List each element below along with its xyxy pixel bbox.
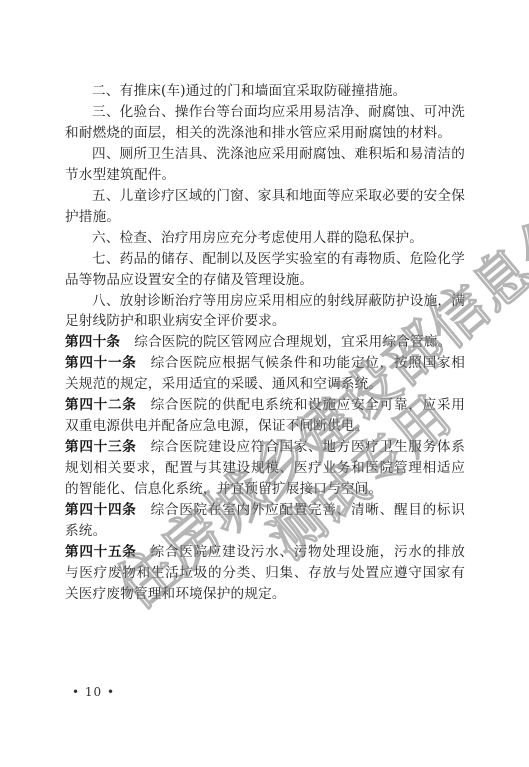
article-45: 第四十五条综合医院应建设污水、污物处理设施，污水的排放与医疗废物和生活垃圾的分类… bbox=[65, 542, 465, 605]
paragraph-text: 八、放射诊断治疗等用房应采用相应的射线屏蔽防护设施，满足射线防护和职业病安全评价… bbox=[65, 293, 465, 330]
article-41: 第四十一条综合医院应根据气候条件和功能定位，按照国家相关规范的规定，采用适宜的采… bbox=[65, 353, 465, 395]
list-item-2: 二、有推床(车)通过的门和墙面宜采取防碰撞措施。 bbox=[65, 81, 465, 102]
article-heading: 第四十四条 bbox=[65, 502, 137, 518]
article-40: 第四十条综合医院的院区管网应合理规划，宜采用综合管廊。 bbox=[65, 332, 465, 353]
paragraph-text: 三、化验台、操作台等台面均应采用易洁净、耐腐蚀、可冲洗和耐燃烧的面层，相关的洗涤… bbox=[65, 104, 465, 141]
article-heading: 第四十三条 bbox=[65, 439, 137, 455]
list-item-6: 六、检查、治疗用房应充分考虑使用人群的隐私保护。 bbox=[65, 228, 465, 249]
article-text: 综合医院的院区管网应合理规划，宜采用综合管廊。 bbox=[134, 334, 451, 350]
list-item-3: 三、化验台、操作台等台面均应采用易洁净、耐腐蚀、可冲洗和耐燃烧的面层，相关的洗涤… bbox=[65, 102, 465, 144]
list-item-5: 五、儿童诊疗区域的门窗、家具和地面等应采取必要的安全保护措施。 bbox=[65, 186, 465, 228]
article-42: 第四十二条综合医院的供配电系统和设施应安全可靠，应采用双重电源供电并配备应急电源… bbox=[65, 395, 465, 437]
document-body: 二、有推床(车)通过的门和墙面宜采取防碰撞措施。 三、化验台、操作台等台面均应采… bbox=[65, 81, 465, 605]
paragraph-text: 六、检查、治疗用房应充分考虑使用人群的隐私保护。 bbox=[92, 230, 423, 246]
paragraph-text: 七、药品的储存、配制以及医学实验室的有毒物质、危险化学品等物品应设置安全的存储及… bbox=[65, 251, 465, 288]
article-heading: 第四十条 bbox=[65, 334, 120, 350]
article-heading: 第四十五条 bbox=[65, 544, 137, 560]
list-item-4: 四、厕所卫生洁具、洗涤池应采用耐腐蚀、难积垢和易清洁的节水型建筑配件。 bbox=[65, 144, 465, 186]
article-44: 第四十四条综合医院在室内外应配置完善、清晰、醒目的标识系统。 bbox=[65, 500, 465, 542]
page-number: • 10 • bbox=[72, 685, 115, 699]
article-43: 第四十三条综合医院建设应符合国家、地方医疗卫生服务体系规划相关要求，配置与其建设… bbox=[65, 437, 465, 500]
paragraph-text: 二、有推床(车)通过的门和墙面宜采取防碰撞措施。 bbox=[92, 83, 406, 99]
document-page: 二、有推床(车)通过的门和墙面宜采取防碰撞措施。 三、化验台、操作台等台面均应采… bbox=[0, 0, 529, 767]
article-heading: 第四十一条 bbox=[65, 355, 137, 371]
paragraph-text: 四、厕所卫生洁具、洗涤池应采用耐腐蚀、难积垢和易清洁的节水型建筑配件。 bbox=[65, 146, 465, 183]
list-item-7: 七、药品的储存、配制以及医学实验室的有毒物质、危险化学品等物品应设置安全的存储及… bbox=[65, 249, 465, 291]
paragraph-text: 五、儿童诊疗区域的门窗、家具和地面等应采取必要的安全保护措施。 bbox=[65, 188, 465, 225]
article-heading: 第四十二条 bbox=[65, 397, 137, 413]
list-item-8: 八、放射诊断治疗等用房应采用相应的射线屏蔽防护设施，满足射线防护和职业病安全评价… bbox=[65, 291, 465, 333]
